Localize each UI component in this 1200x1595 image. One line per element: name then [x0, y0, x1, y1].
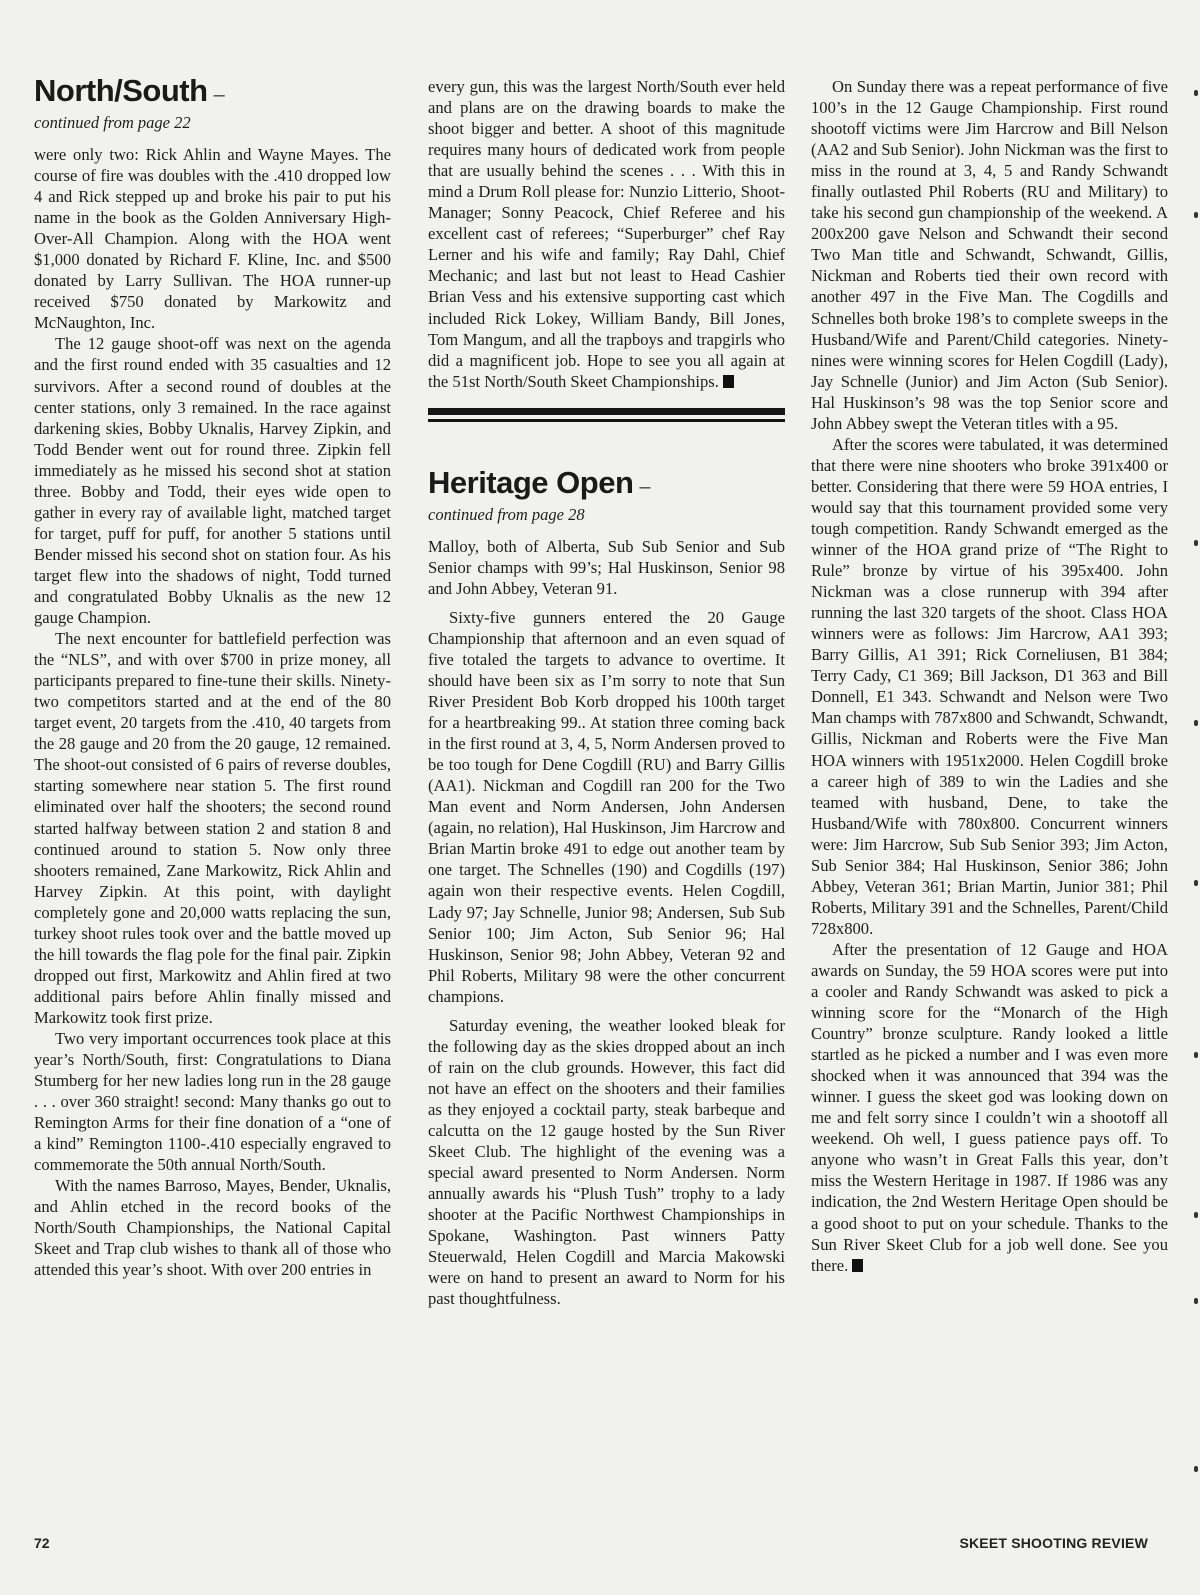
- headline-text: Heritage Open: [428, 465, 633, 500]
- paragraph: were only two: Rick Ahlin and Wayne Maye…: [34, 144, 391, 333]
- publication-name: SKEET SHOOTING REVIEW: [959, 1535, 1148, 1551]
- binding-mark: [1194, 1466, 1198, 1472]
- article-headline-heritage-open: Heritage Open–: [428, 466, 785, 504]
- column-3: On Sunday there was a repeat performance…: [811, 76, 1168, 1276]
- paragraph-text: every gun, this was the largest North/So…: [428, 77, 785, 391]
- binding-mark: [1194, 1212, 1198, 1218]
- divider-thick-rule: [428, 408, 785, 415]
- page-number: 72: [34, 1535, 50, 1551]
- binding-mark: [1194, 1052, 1198, 1058]
- divider-thin-rule: [428, 419, 785, 422]
- paragraph: Malloy, both of Alberta, Sub Sub Senior …: [428, 536, 785, 599]
- article-headline-north-south: North/South–: [34, 74, 391, 112]
- paragraph-text: After the presentation of 12 Gauge and H…: [811, 940, 1168, 1275]
- paragraph: After the scores were tabulated, it was …: [811, 434, 1168, 939]
- binding-mark: [1194, 540, 1198, 546]
- end-of-article-mark-icon: [852, 1259, 863, 1272]
- paragraph: Two very important occurrences took plac…: [34, 1028, 391, 1175]
- binding-mark: [1194, 1298, 1198, 1304]
- continued-from-note: continued from page 28: [428, 504, 785, 526]
- binding-mark: [1194, 90, 1198, 96]
- headline-dash: –: [214, 84, 225, 106]
- headline-text: North/South: [34, 73, 208, 108]
- column-2: every gun, this was the largest North/So…: [428, 76, 785, 1309]
- column-1: North/South– continued from page 22 were…: [34, 74, 391, 1281]
- binding-mark: [1194, 212, 1198, 218]
- paragraph: On Sunday there was a repeat performance…: [811, 76, 1168, 434]
- paragraph: Sixty-five gunners entered the 20 Gauge …: [428, 607, 785, 1007]
- paragraph: The next encounter for battlefield perfe…: [34, 628, 391, 1028]
- headline-dash: –: [639, 476, 650, 498]
- paragraph: The 12 gauge shoot-off was next on the a…: [34, 333, 391, 628]
- end-of-article-mark-icon: [723, 375, 734, 388]
- paragraph: every gun, this was the largest North/So…: [428, 76, 785, 392]
- article-divider: [428, 408, 785, 422]
- continued-from-note: continued from page 22: [34, 112, 391, 134]
- paragraph: With the names Barroso, Mayes, Bender, U…: [34, 1175, 391, 1280]
- binding-mark: [1194, 880, 1198, 886]
- binding-mark: [1194, 720, 1198, 726]
- paragraph: After the presentation of 12 Gauge and H…: [811, 939, 1168, 1276]
- paragraph: Saturday evening, the weather looked ble…: [428, 1015, 785, 1310]
